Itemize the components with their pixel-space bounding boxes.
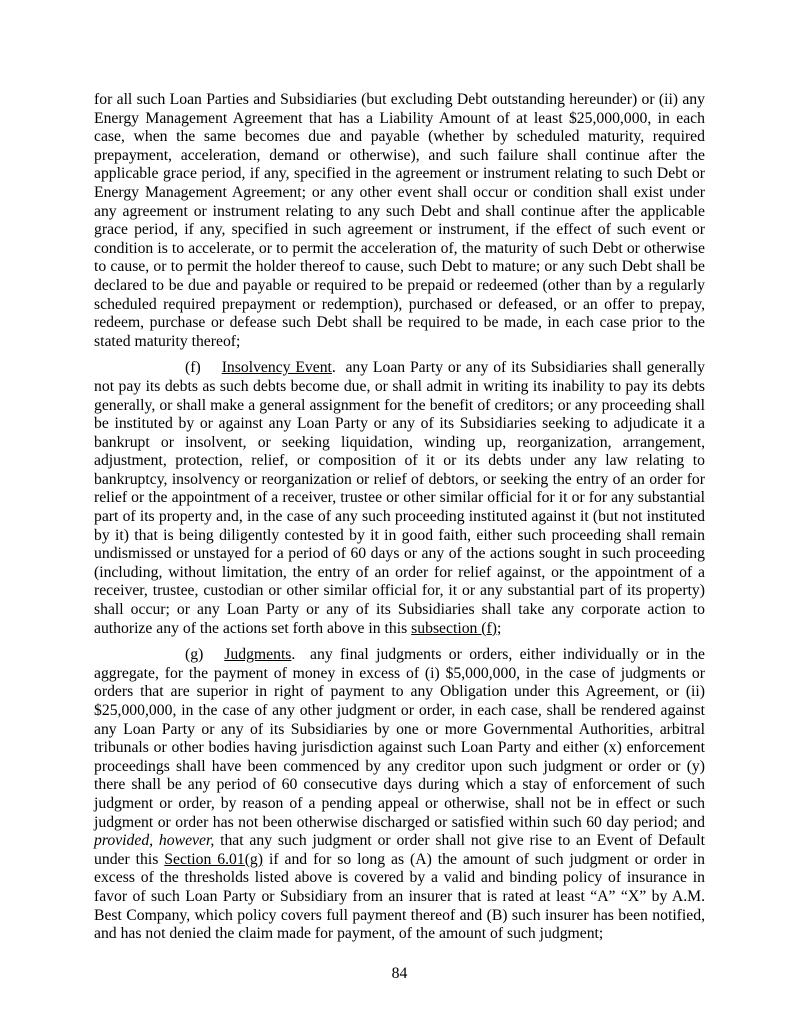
- clause-g-label: (g): [185, 646, 203, 663]
- clause-g-paragraph: (g)Judgments. any final judgments or ord…: [94, 646, 705, 944]
- clause-f-tail: ;: [497, 620, 501, 637]
- page-number: 84: [0, 965, 799, 984]
- clause-g-heading: Judgments: [224, 646, 291, 663]
- page-body-text: for all such Loan Parties and Subsidiari…: [94, 91, 705, 944]
- clause-g-heading-separator: .: [291, 646, 310, 663]
- clause-f-body-text: any Loan Party or any of its Subsidiarie…: [94, 359, 705, 636]
- document-page: for all such Loan Parties and Subsidiari…: [0, 0, 799, 1034]
- clause-g-proviso-italic: provided, however,: [94, 832, 214, 849]
- clause-f-paragraph: (f)Insolvency Event. any Loan Party or a…: [94, 359, 705, 638]
- clause-f-heading-separator: .: [332, 359, 346, 376]
- clause-f-heading: Insolvency Event: [222, 359, 332, 376]
- paragraph-continuation-text: for all such Loan Parties and Subsidiari…: [94, 91, 705, 350]
- clause-f-label: (f): [185, 359, 201, 376]
- clause-g-cross-reference: Section 6.01(g): [164, 851, 263, 868]
- paragraph-continuation: for all such Loan Parties and Subsidiari…: [94, 91, 705, 351]
- clause-f-cross-reference: subsection (f): [411, 620, 497, 637]
- clause-g-body-text: any final judgments or orders, either in…: [94, 646, 705, 830]
